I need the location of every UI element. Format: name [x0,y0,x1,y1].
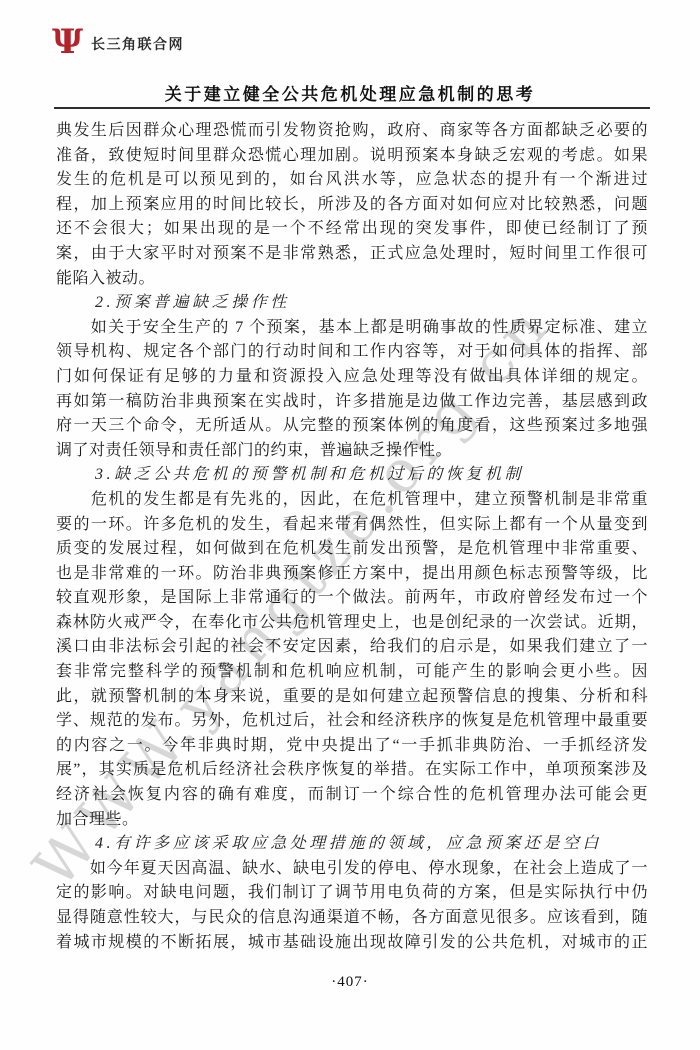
text-line: 3.缺乏公共危机的预警机制和危机过后的恢复机制 [56,463,648,488]
paragraph: 如关于安全生产的 7 个预案，基本上都是明确事故的性质界定标准、建立领导机构、规… [56,316,648,464]
text-line: 准备，致使短时间里群众恐慌心理加剧。说明预案本身缺乏宏观的考虑。如果 [56,144,648,169]
text-line: 的内容之一。今年非典时期，党中央提出了“一手抓非典防治、一手抓经济发 [56,734,648,759]
text-line: 还不会很大；如果出现的是一个不经常出现的突发事件，即使已经制订了预 [56,217,648,242]
text-line: 发生的危机是可以预见到的，如台风洪水等，应急状态的提升有一个渐进过 [56,168,648,193]
psi-logo-icon: Ψ [52,25,83,59]
section-heading: 2.预案普遍缺乏操作性 [56,291,648,316]
text-line: 着城市规模的不断拓展，城市基础设施出现故障引发的公共危机，对城市的正 [56,931,648,956]
page-number: ·407· [0,974,700,991]
text-line: 较直观形象，是国际上非常通行的一个做法。前两年，市政府曾经发布过一个 [56,586,648,611]
text-line: 如关于安全生产的 7 个预案，基本上都是明确事故的性质界定标准、建立 [56,316,648,341]
page-title: 关于建立健全公共危机处理应急机制的思考 [0,80,700,105]
text-line: 学、规范的发布。另外，危机过后，社会和经济秩序的恢复是危机管理中最重要 [56,709,648,734]
text-line: 典发生后因群众心理恐慌而引发物资抢购，政府、商家等各方面都缺乏必要的 [56,119,648,144]
text-line: 森林防火戒严令，在奉化市公共危机管理史上，也是创纪录的一次尝试。近期， [56,611,648,636]
document-page: WWW.yangtze.org.cn Ψ 长三角联合网 关于建立健全公共危机处理… [0,0,700,1050]
text-line: 领导机构、规定各个部门的行动时间和工作内容等，对于如何具体的指挥、部 [56,340,648,365]
title-divider [54,107,650,109]
site-logo: Ψ 长三角联合网 [52,27,184,61]
text-line: 定的影响。对缺电问题，我们制订了调节用电负荷的方案，但是实际执行中仍 [56,881,648,906]
section-heading: 4.有许多应该采取应急处理措施的领域，应急预案还是空白 [56,832,648,857]
text-line: 2.预案普遍缺乏操作性 [56,291,648,316]
text-line: 案，由于大家平时对预案不是非常熟悉，正式应急处理时，短时间里工作很可 [56,242,648,267]
text-line: 溪口由非法标会引起的社会不安定因素，给我们的启示是，如果我们建立了一 [56,635,648,660]
text-line: 要的一环。许多危机的发生，看起来带有偶然性，但实际上都有一个从量变到 [56,513,648,538]
text-line: 经济社会恢复内容的确有难度，而制订一个综合性的危机管理办法可能会更 [56,783,648,808]
text-line: 能陷入被动。 [56,267,648,292]
text-line: 门如何保证有足够的力量和资源投入应急处理等没有做出具体详细的规定。 [56,365,648,390]
text-line: 危机的发生都是有先兆的，因此，在危机管理中，建立预警机制是非常重 [56,488,648,513]
text-line: 程，加上预案应用的时间比较长，所涉及的各方面对如何应对比较熟悉，问题 [56,193,648,218]
paragraph: 危机的发生都是有先兆的，因此，在危机管理中，建立预警机制是非常重要的一环。许多危… [56,488,648,832]
text-line: 显得随意性较大，与民众的信息沟通渠道不畅，各方面意见很多。应该看到，随 [56,906,648,931]
text-line: 4.有许多应该采取应急处理措施的领域，应急预案还是空白 [56,832,648,857]
site-name: 长三角联合网 [91,34,184,54]
body-text: 典发生后因群众心理恐慌而引发物资抢购，政府、商家等各方面都缺乏必要的准备，致使短… [56,119,648,955]
text-line: 此，就预警机制的本身来说，重要的是如何建立起预警信息的搜集、分析和科 [56,685,648,710]
text-line: 加合理些。 [56,808,648,833]
text-line: 也是非常难的一环。防治非典预案修正方案中，提出用颜色标志预警等级，比 [56,562,648,587]
text-line: 如今年夏天因高温、缺水、缺电引发的停电、停水现象，在社会上造成了一 [56,857,648,882]
paragraph: 典发生后因群众心理恐慌而引发物资抢购，政府、商家等各方面都缺乏必要的准备，致使短… [56,119,648,291]
text-line: 套非常完整科学的预警机制和危机响应机制，可能产生的影响会更小些。因 [56,660,648,685]
text-line: 再如第一稿防治非典预案在实战时，许多措施是边做工作边完善，基层感到政 [56,390,648,415]
section-heading: 3.缺乏公共危机的预警机制和危机过后的恢复机制 [56,463,648,488]
text-line: 质变的发展过程，如何做到在危机发生前发出预警，是危机管理中非常重要、 [56,537,648,562]
text-line: 调了对责任领导和责任部门的约束，普遍缺乏操作性。 [56,439,648,464]
paragraph: 如今年夏天因高温、缺水、缺电引发的停电、停水现象，在社会上造成了一定的影响。对缺… [56,857,648,955]
text-line: 府一天三个命令，无所适从。从完整的预案体例的角度看，这些预案过多地强 [56,414,648,439]
text-line: 展”，其实质是危机后经济社会秩序恢复的举措。在实际工作中，单项预案涉及 [56,758,648,783]
